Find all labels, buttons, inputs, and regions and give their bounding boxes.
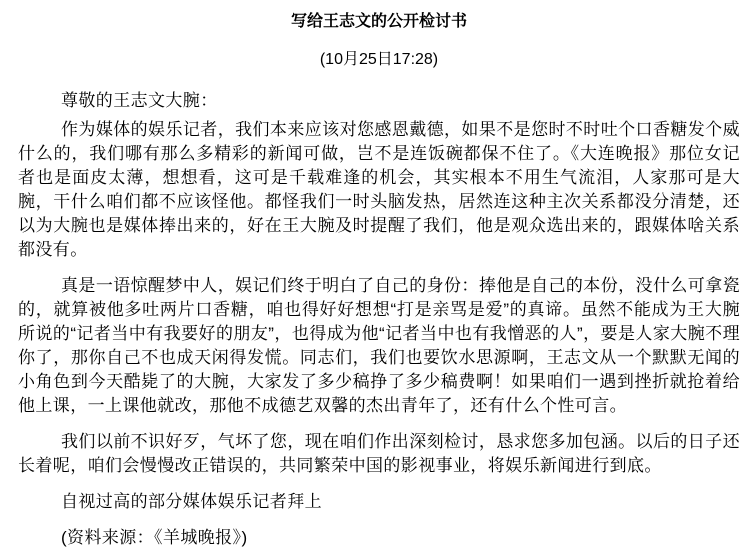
body-paragraph-2: 真是一语惊醒梦中人，娱记们终于明白了自己的身份：捧他是自己的本份，没什么可拿瓷的…: [18, 274, 740, 418]
publish-date: (10月25日17:28): [18, 51, 740, 69]
body-paragraph-3: 我们以前不识好歹，气坏了您，现在咱们作出深刻检讨，恳求您多加包涵。以后的日子还长…: [18, 430, 740, 478]
article-page: 写给王志文的公开检讨书 (10月25日17:28) 尊敬的王志文大腕： 作为媒体…: [0, 0, 750, 550]
signoff-line: 自视过高的部分媒体娱乐记者拜上: [18, 490, 740, 514]
body-paragraph-1: 作为媒体的娱乐记者，我们本来应该对您感恩戴德，如果不是您时不时吐个口香糖发个威什…: [18, 118, 740, 262]
page-title: 写给王志文的公开检讨书: [18, 13, 740, 31]
greeting-line: 尊敬的王志文大腕：: [18, 89, 740, 113]
source-line: (资料来源：《羊城晚报》): [18, 526, 740, 550]
